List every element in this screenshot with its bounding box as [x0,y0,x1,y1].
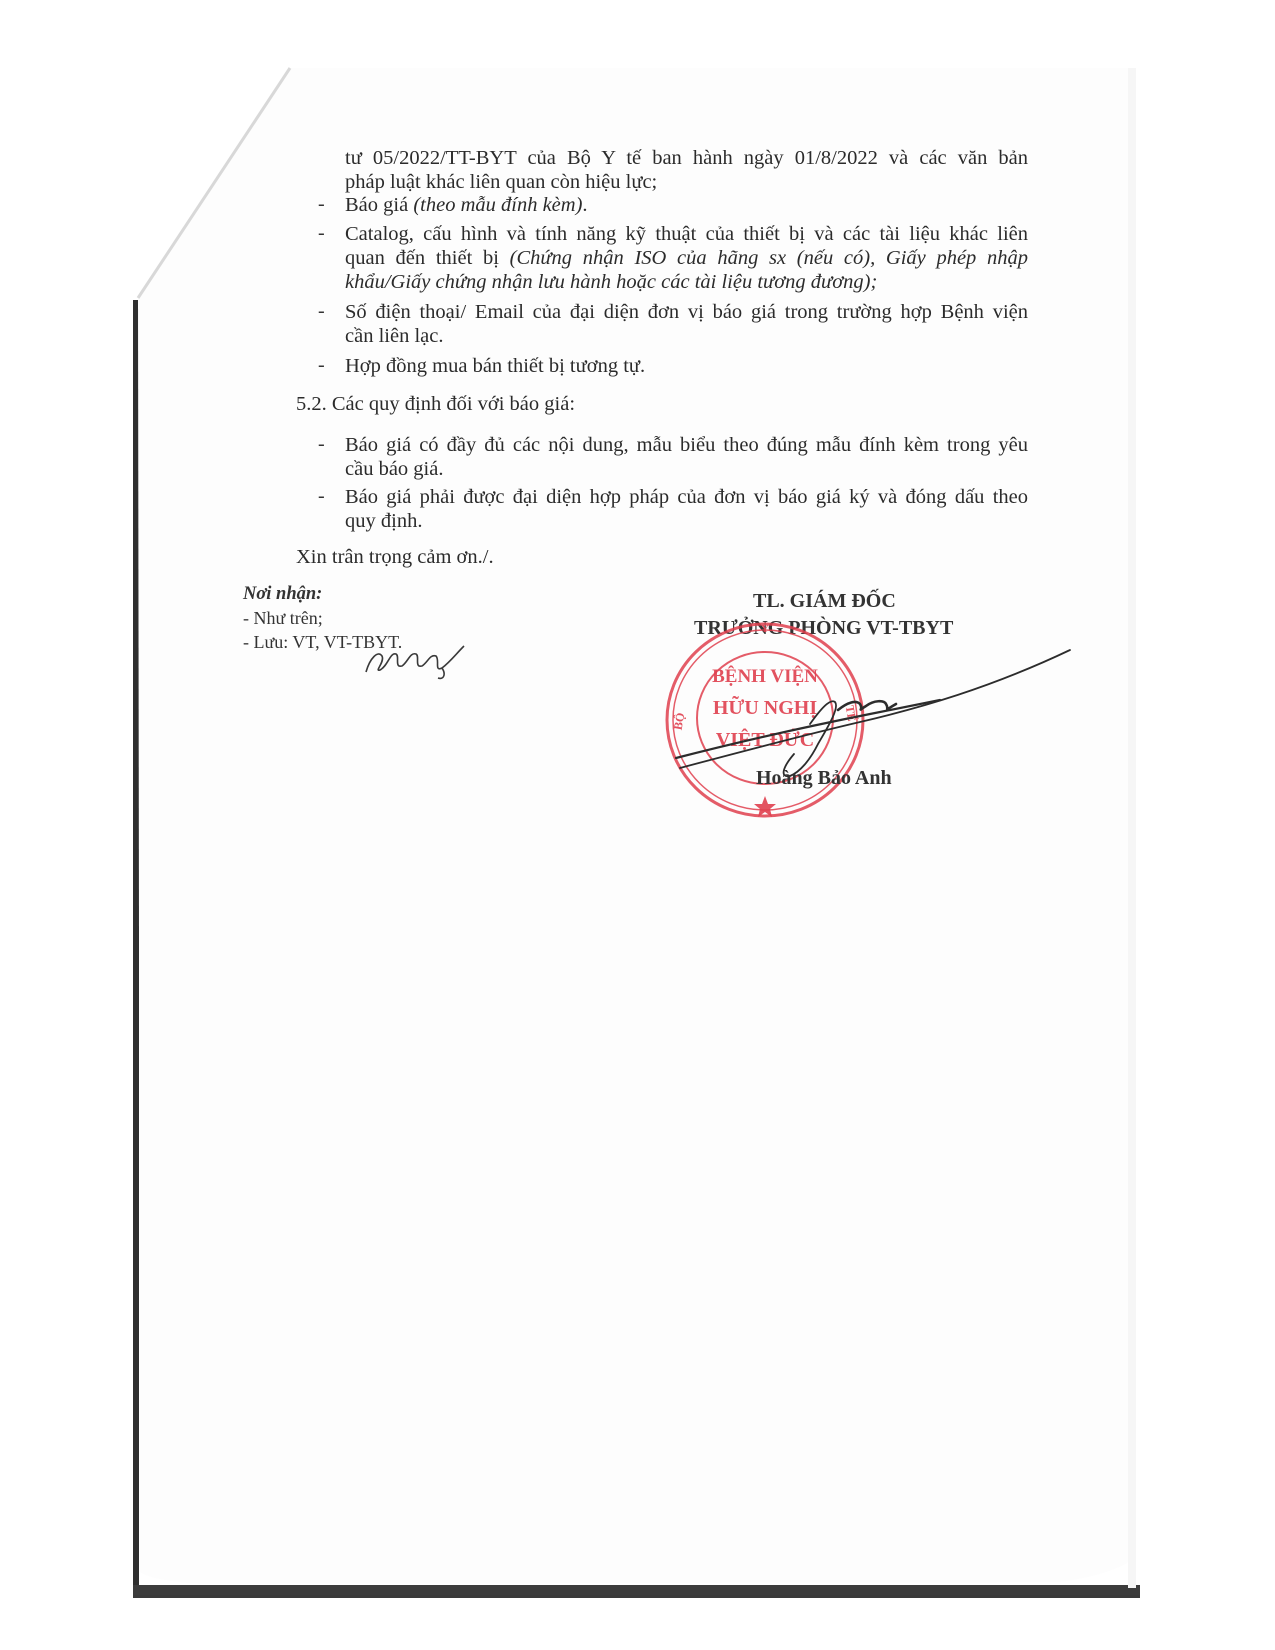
list-item-cont: cầu báo giá. [345,457,443,481]
list-item-text: Số điện thoại/ Email của đại diện đơn vị… [345,300,1028,324]
stamp-text-line: VIỆT ĐỨC [716,727,814,751]
list-item: Báo giá có đầy đủ các nội dung, mẫu biểu… [345,433,1028,457]
list-item-text: Báo giá [345,194,413,216]
list-item-italic: khẩu/Giấy chứng nhận lưu hành hoặc các t… [345,271,877,293]
list-item-tail: . [582,194,587,216]
handwritten-signature [660,640,1080,780]
list-item: Hợp đồng mua bán thiết bị tương tự. [345,354,645,378]
signer-name: Hoàng Bảo Anh [756,767,892,790]
star-icon [754,796,776,817]
stamp-right-mark: TẾ [843,704,861,722]
list-item-text: Báo giá phải được đại diện hợp pháp của … [345,485,1028,509]
bullet-dash: - [318,193,325,216]
closing-text: Xin trân trọng cảm ơn./. [296,545,494,569]
bullet-dash: - [318,300,325,323]
list-item-text: Báo giá có đầy đủ các nội dung, mẫu biểu… [345,433,1028,457]
body-line: pháp luật khác liên quan còn hiệu lực; [345,170,657,194]
stamp-left-mark: BỘ [671,712,688,732]
list-item: Báo giá phải được đại diện hợp pháp của … [345,485,1028,509]
body-line: tư 05/2022/TT-BYT của Bộ Y tế ban hành n… [345,146,1028,170]
list-item-italic: (Chứng nhận ISO của hãng sx (nếu có), Gi… [510,247,1028,269]
list-item-plain: quan đến thiết bị [345,247,510,269]
list-item-cont: khẩu/Giấy chứng nhận lưu hành hoặc các t… [345,270,877,294]
bullet-dash: - [318,222,325,245]
recipients-title: Nơi nhận: [243,584,322,605]
list-item-italic: (theo mẫu đính kèm) [413,194,582,216]
section-heading: 5.2. Các quy định đối với báo giá: [296,392,575,416]
stamp-text-line: BỆNH VIỆN [712,665,818,687]
signature-title-2: TRƯỞNG PHÒNG VT-TBYT [694,617,953,640]
recipient-item: - Như trên; [243,608,323,629]
list-item-cont: quan đến thiết bị (Chứng nhận ISO của hã… [345,246,1028,270]
list-item-text: Catalog, cấu hình và tính năng kỹ thuật … [345,222,1028,246]
bullet-dash: - [318,354,325,377]
recipient-item: - Lưu: VT, VT-TBYT. [243,632,402,653]
list-item: Báo giá (theo mẫu đính kèm). [345,193,588,217]
list-item: Catalog, cấu hình và tính năng kỹ thuật … [345,222,1028,246]
body-text: tư 05/2022/TT-BYT của Bộ Y tế ban hành n… [345,146,1028,170]
list-item-cont: quy định. [345,509,422,533]
document-page: tư 05/2022/TT-BYT của Bộ Y tế ban hành n… [0,0,1275,1650]
bullet-dash: - [318,485,325,508]
bullet-dash: - [318,433,325,456]
stamp-text-line: HỮU NGHỊ [713,695,817,719]
list-item: Số điện thoại/ Email của đại diện đơn vị… [345,300,1028,324]
signature-title-1: TL. GIÁM ĐỐC [753,590,896,613]
list-item-cont: cần liên lạc. [345,324,443,348]
list-item-text: quan đến thiết bị (Chứng nhận ISO của hã… [345,246,1028,270]
